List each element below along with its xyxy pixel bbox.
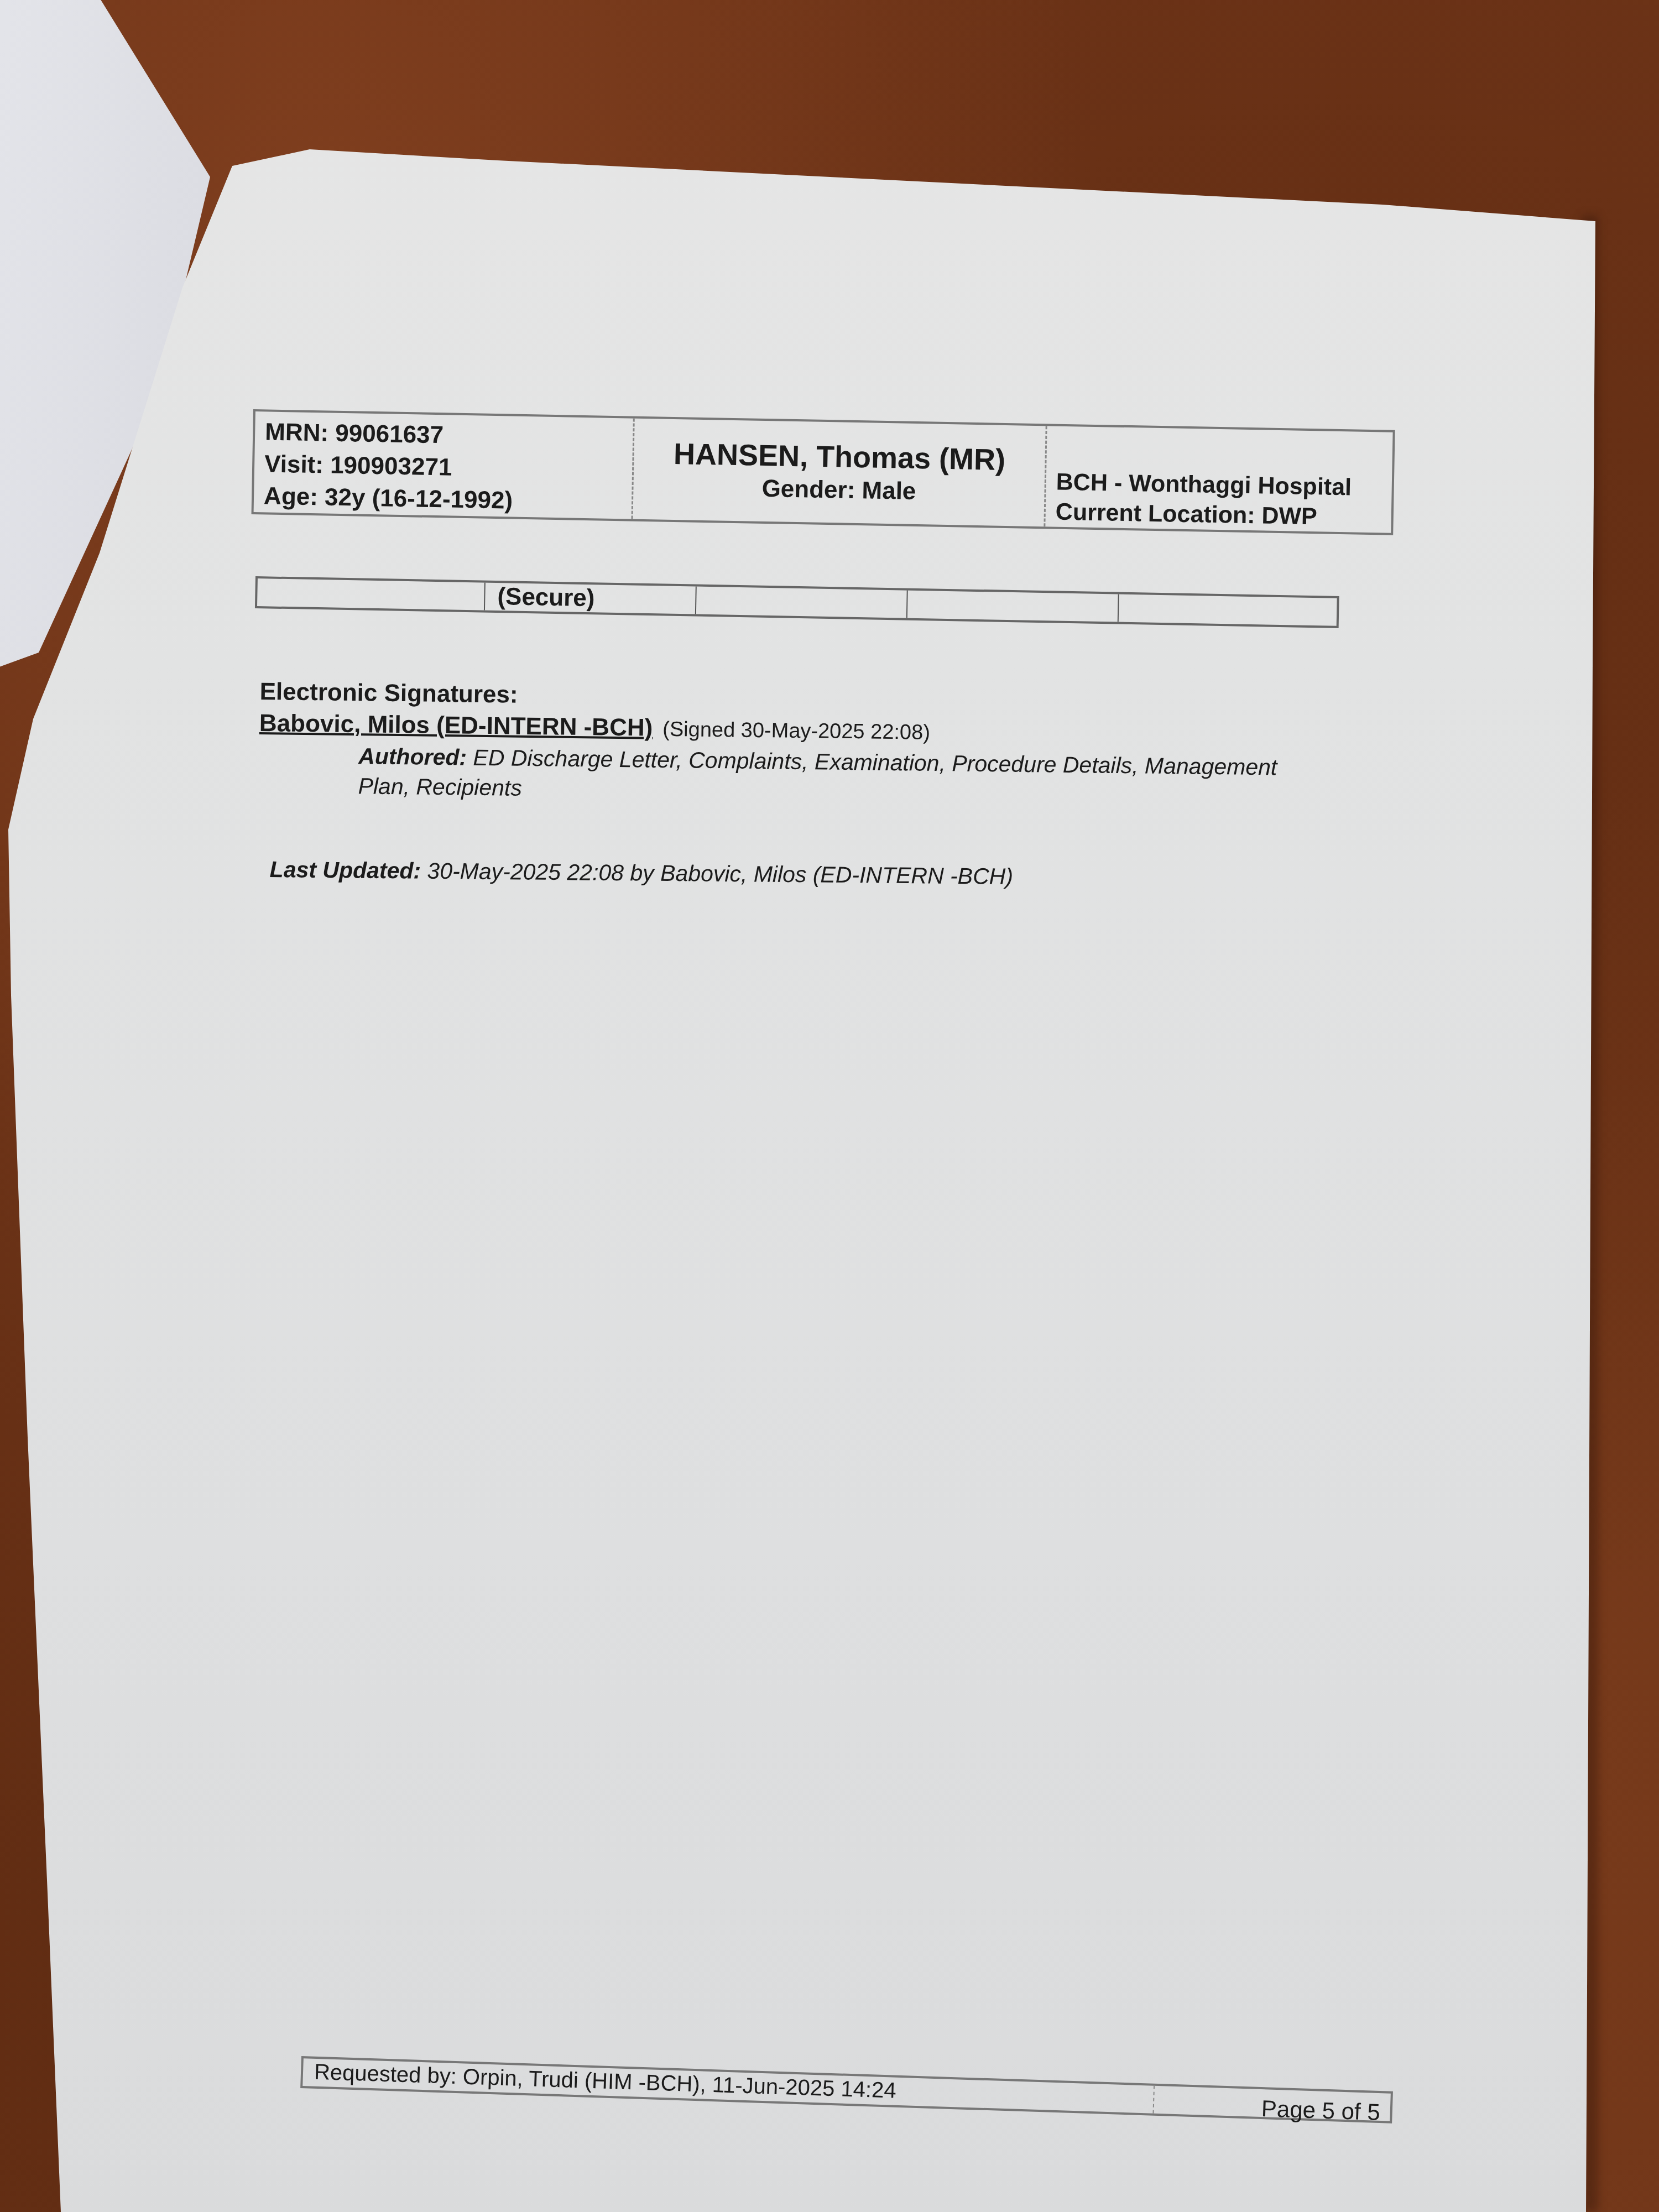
patient-identity: HANSEN, Thomas (MR) Gender: Male [633, 419, 1047, 527]
page-footer: Requested by: Orpin, Trudi (HIM -BCH), 1… [300, 2056, 1393, 2124]
page-number: Page 5 of 5 [1153, 2086, 1390, 2138]
security-label: (Secure) [485, 583, 697, 614]
patient-ids: MRN: 99061637 Visit: 190903271 Age: 32y … [254, 411, 635, 519]
security-segment [907, 591, 1119, 622]
signed-timestamp: (Signed 30-May-2025 22:08) [662, 718, 930, 744]
patient-header: MRN: 99061637 Visit: 190903271 Age: 32y … [252, 409, 1395, 535]
security-segment [696, 587, 908, 618]
facility-info: BCH - Wonthaggi Hospital Current Locatio… [1045, 426, 1392, 533]
last-updated-value: 30-May-2025 22:08 by Babovic, Milos (ED-… [427, 858, 1013, 889]
patient-name: HANSEN, Thomas (MR) [644, 435, 1035, 479]
requested-by: Requested by: Orpin, Trudi (HIM -BCH), 1… [302, 2058, 1155, 2114]
patient-age: Age: 32y (16-12-1992) [264, 480, 622, 519]
authored-items: ED Discharge Letter, Complaints, Examina… [358, 745, 1277, 801]
last-updated: Last Updated: 30-May-2025 22:08 by Babov… [269, 854, 1375, 895]
electronic-signatures: Electronic Signatures: Babovic, Milos (E… [258, 676, 1366, 813]
current-location: Current Location: DWP [1055, 497, 1381, 533]
security-segment [1119, 594, 1337, 626]
document-content: MRN: 99061637 Visit: 190903271 Age: 32y … [0, 0, 1659, 2212]
authored-label: Authored: [358, 743, 467, 770]
signer-name: Babovic, Milos (ED-INTERN -BCH) [259, 709, 653, 742]
security-bar: (Secure) [255, 576, 1339, 628]
last-updated-label: Last Updated: [270, 857, 421, 884]
authored-sections: Authored: ED Discharge Letter, Complaint… [358, 741, 1298, 812]
security-segment [257, 578, 486, 611]
